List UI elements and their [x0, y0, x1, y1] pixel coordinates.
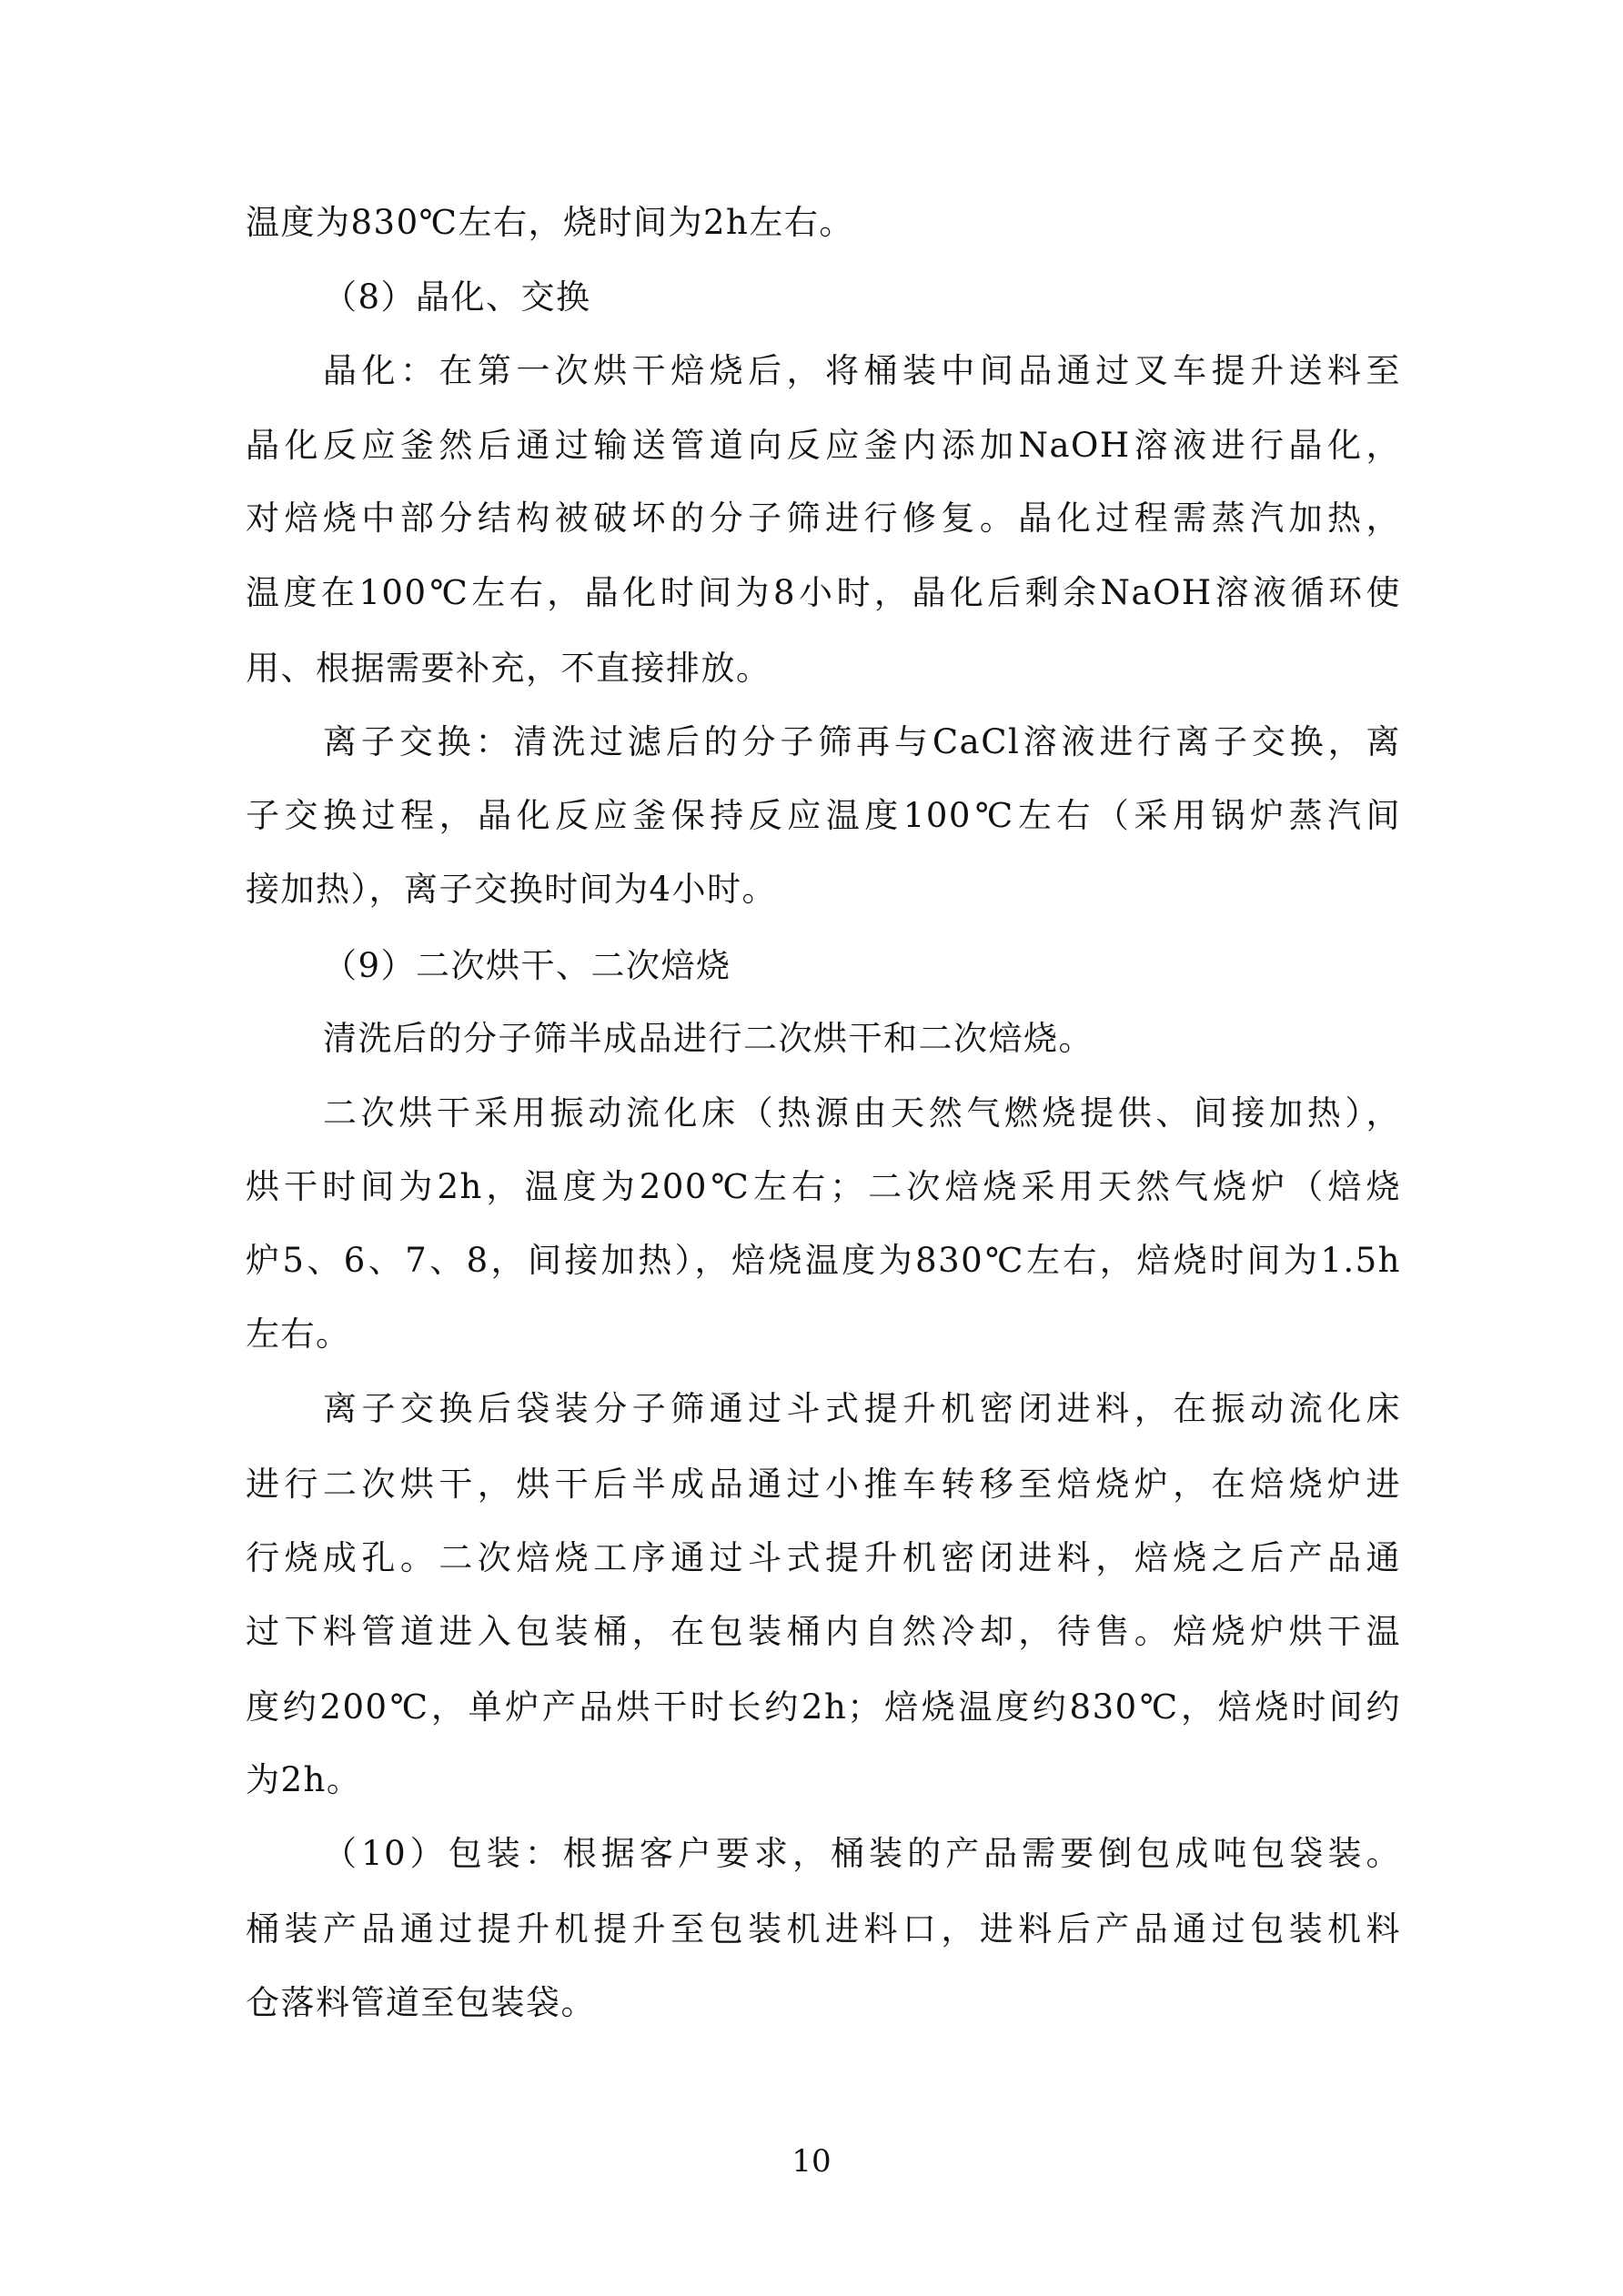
paragraph-line: 二次烘干采用振动流化床（热源由天然气燃烧提供、间接加热）， [323, 1091, 1401, 1136]
paragraph-line: 子交换过程，晶化反应釜保持反应温度100℃左右（采用锅炉蒸汽间 [246, 793, 1401, 839]
paragraph-line: 度约200℃，单炉产品烘干时长约2h；焙烧温度约830℃，焙烧时间约 [246, 1685, 1401, 1730]
section-heading-10: （10）包装：根据客户要求，桶装的产品需要倒包成吨包袋装。 [323, 1831, 1401, 1877]
paragraph-line: 离子交换：清洗过滤后的分子筛再与CaCl溶液进行离子交换，离 [323, 720, 1401, 765]
paragraph-line: 用、根据需要补充，不直接排放。 [246, 646, 1401, 691]
paragraph-line: 接加热），离子交换时间为4小时。 [246, 867, 1401, 912]
paragraph-line: 晶化：在第一次烘干焙烧后，将桶装中间品通过叉车提升送料至 [323, 348, 1401, 394]
paragraph-line: 桶装产品通过提升机提升至包装机进料口，进料后产品通过包装机料 [246, 1907, 1401, 1952]
paragraph-line: 温度为830℃左右，烧时间为2h左右。 [246, 200, 1401, 246]
paragraph-line: 对焙烧中部分结构被破坏的分子筛进行修复。晶化过程需蒸汽加热， [246, 496, 1401, 541]
paragraph-line: 离子交换后袋装分子筛通过斗式提升机密闭进料，在振动流化床 [323, 1386, 1401, 1432]
paragraph-line: 仓落料管道至包装袋。 [246, 1980, 1401, 2026]
paragraph-line: 进行二次烘干，烘干后半成品通过小推车转移至焙烧炉，在焙烧炉进 [246, 1462, 1401, 1507]
paragraph-line: 左右。 [246, 1312, 1401, 1357]
document-page: 温度为830℃左右，烧时间为2h左右。 （8）晶化、交换 晶化：在第一次烘干焙烧… [0, 0, 1623, 2296]
section-heading-8: （8）晶化、交换 [323, 275, 1478, 320]
paragraph-line: 过下料管道进入包装桶，在包装桶内自然冷却，待售。焙烧炉烘干温 [246, 1609, 1401, 1655]
paragraph-line: 温度在100℃左右，晶化时间为8小时，晶化后剩余NaOH溶液循环使 [246, 570, 1401, 616]
paragraph-line: 为2h。 [246, 1757, 1401, 1803]
paragraph-line: 行烧成孔。二次焙烧工序通过斗式提升机密闭进料，焙烧之后产品通 [246, 1536, 1401, 1581]
paragraph-line: 清洗后的分子筛半成品进行二次烘干和二次焙烧。 [323, 1016, 1478, 1062]
paragraph-line: 烘干时间为2h，温度为200℃左右；二次焙烧采用天然气烧炉（焙烧 [246, 1164, 1401, 1210]
section-heading-9: （9）二次烘干、二次焙烧 [323, 943, 1478, 989]
page-number: 10 [0, 2140, 1623, 2183]
paragraph-line: 炉5、6、7、8，间接加热），焙烧温度为830℃左右，焙烧时间为1.5h [246, 1238, 1401, 1284]
paragraph-line: 晶化反应釜然后通过输送管道向反应釜内添加NaOH溶液进行晶化， [246, 423, 1401, 468]
